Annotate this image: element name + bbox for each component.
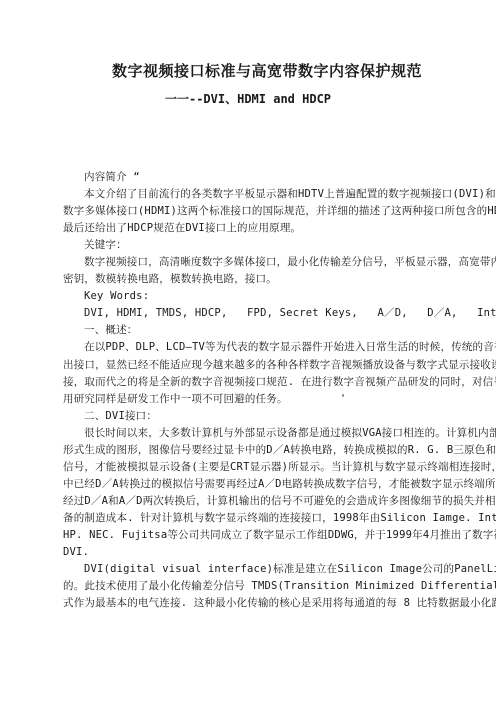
body-text-line: Key Words:: [63, 288, 441, 305]
body-text-line: 中已经D／A转换过的模拟信号需要再经过A／D电路转换成数字信号，才能被数字显示终…: [63, 476, 441, 493]
document-body: 内容简介 “本文介绍了目前流行的各类数字平板显示器和HDTV上普遍配置的数字视频…: [63, 169, 441, 612]
body-text-line: 密钥，数模转换电路，模数转换电路，接口。: [63, 271, 441, 288]
body-text-line: 内容简介 “: [63, 169, 441, 186]
body-text-line: 经过D／A和A／D两次转换后，计算机输出的信号不可避免的会造成许多图像细节的损失…: [63, 493, 441, 510]
body-text-line: 关键字：: [63, 237, 441, 254]
body-text-line: 本文介绍了目前流行的各类数字平板显示器和HDTV上普遍配置的数字视频接口(DVI…: [63, 186, 441, 203]
body-text-line: 数字视频接口，高清晰度数字多媒体接口，最小化传输差分信号，平板显示器，高宽带内容…: [63, 254, 441, 271]
body-text-line: DVI.: [63, 544, 441, 561]
body-text-line: DVI(digital visual interface)标准是建立在Silic…: [63, 561, 441, 578]
body-text-line: 信号，才能被模拟显示设备(主要是CRT显示器)所显示。当计算机与数字显示终端相连…: [63, 459, 441, 476]
body-text-line: 备的制造成本. 针对计算机与数字显示终端的连接接口，1998年由Silicon …: [63, 510, 441, 527]
body-text-line: 数字多媒体接口(HDMI)这两个标准接口的国际规范，并详细的描述了这两种接口所包…: [63, 203, 441, 220]
document-title: 数字视频接口标准与高宽带数字内容保护规范: [19, 60, 496, 81]
body-text-line: 接，取而代之的将是全新的数字音视频接口规范. 在进行数字音视频产品研发的同时，对…: [63, 374, 441, 391]
body-text-line: HP. NEC. Fujitsa等公司共同成立了数字显示工作组DDWG，并于19…: [63, 527, 441, 544]
body-text-line: 的。此技术使用了最小化传输差分信号 TMDS(Transition Minimi…: [63, 578, 441, 595]
body-text-line: 用研究同样是研发工作中一项不可回避的任务。 ': [63, 391, 441, 408]
body-text-line: 形式生成的图形，图像信号要经过显卡中的D／A转换电路，转换成模拟的R. G. B…: [63, 442, 441, 459]
body-text-line: 一、概述：: [63, 322, 441, 339]
body-text-line: 很长时间以来，大多数计算机与外部显示设备都是通过模拟VGA接口相连的。计算机内部…: [63, 425, 441, 442]
body-text-line: DVI, HDMI, TMDS, HDCP, FPD, Secret Keys,…: [63, 305, 441, 322]
document-subtitle: 一一--DVI、HDMI and HDCP: [0, 90, 496, 107]
body-text-line: 最后还给出了HDCP规范在DVI接口上的应用原理。: [63, 220, 441, 237]
document-page: 数字视频接口标准与高宽带数字内容保护规范 一一--DVI、HDMI and HD…: [0, 0, 496, 702]
body-text-line: 式作为最基本的电气连接. 这种最小化传输的核心是采用将每通道的每 8 比特数据最…: [63, 595, 441, 612]
body-text-line: 在以PDP、DLP、LCD—TV等为代表的数字显示器件开始进入日常生活的时候，传…: [63, 339, 441, 356]
body-text-line: 二、DVI接口：: [63, 408, 441, 425]
body-text-line: 出接口，显然已经不能适应现今越来越多的各种各样数字音视频播放设备与数字式显示接收…: [63, 357, 441, 374]
